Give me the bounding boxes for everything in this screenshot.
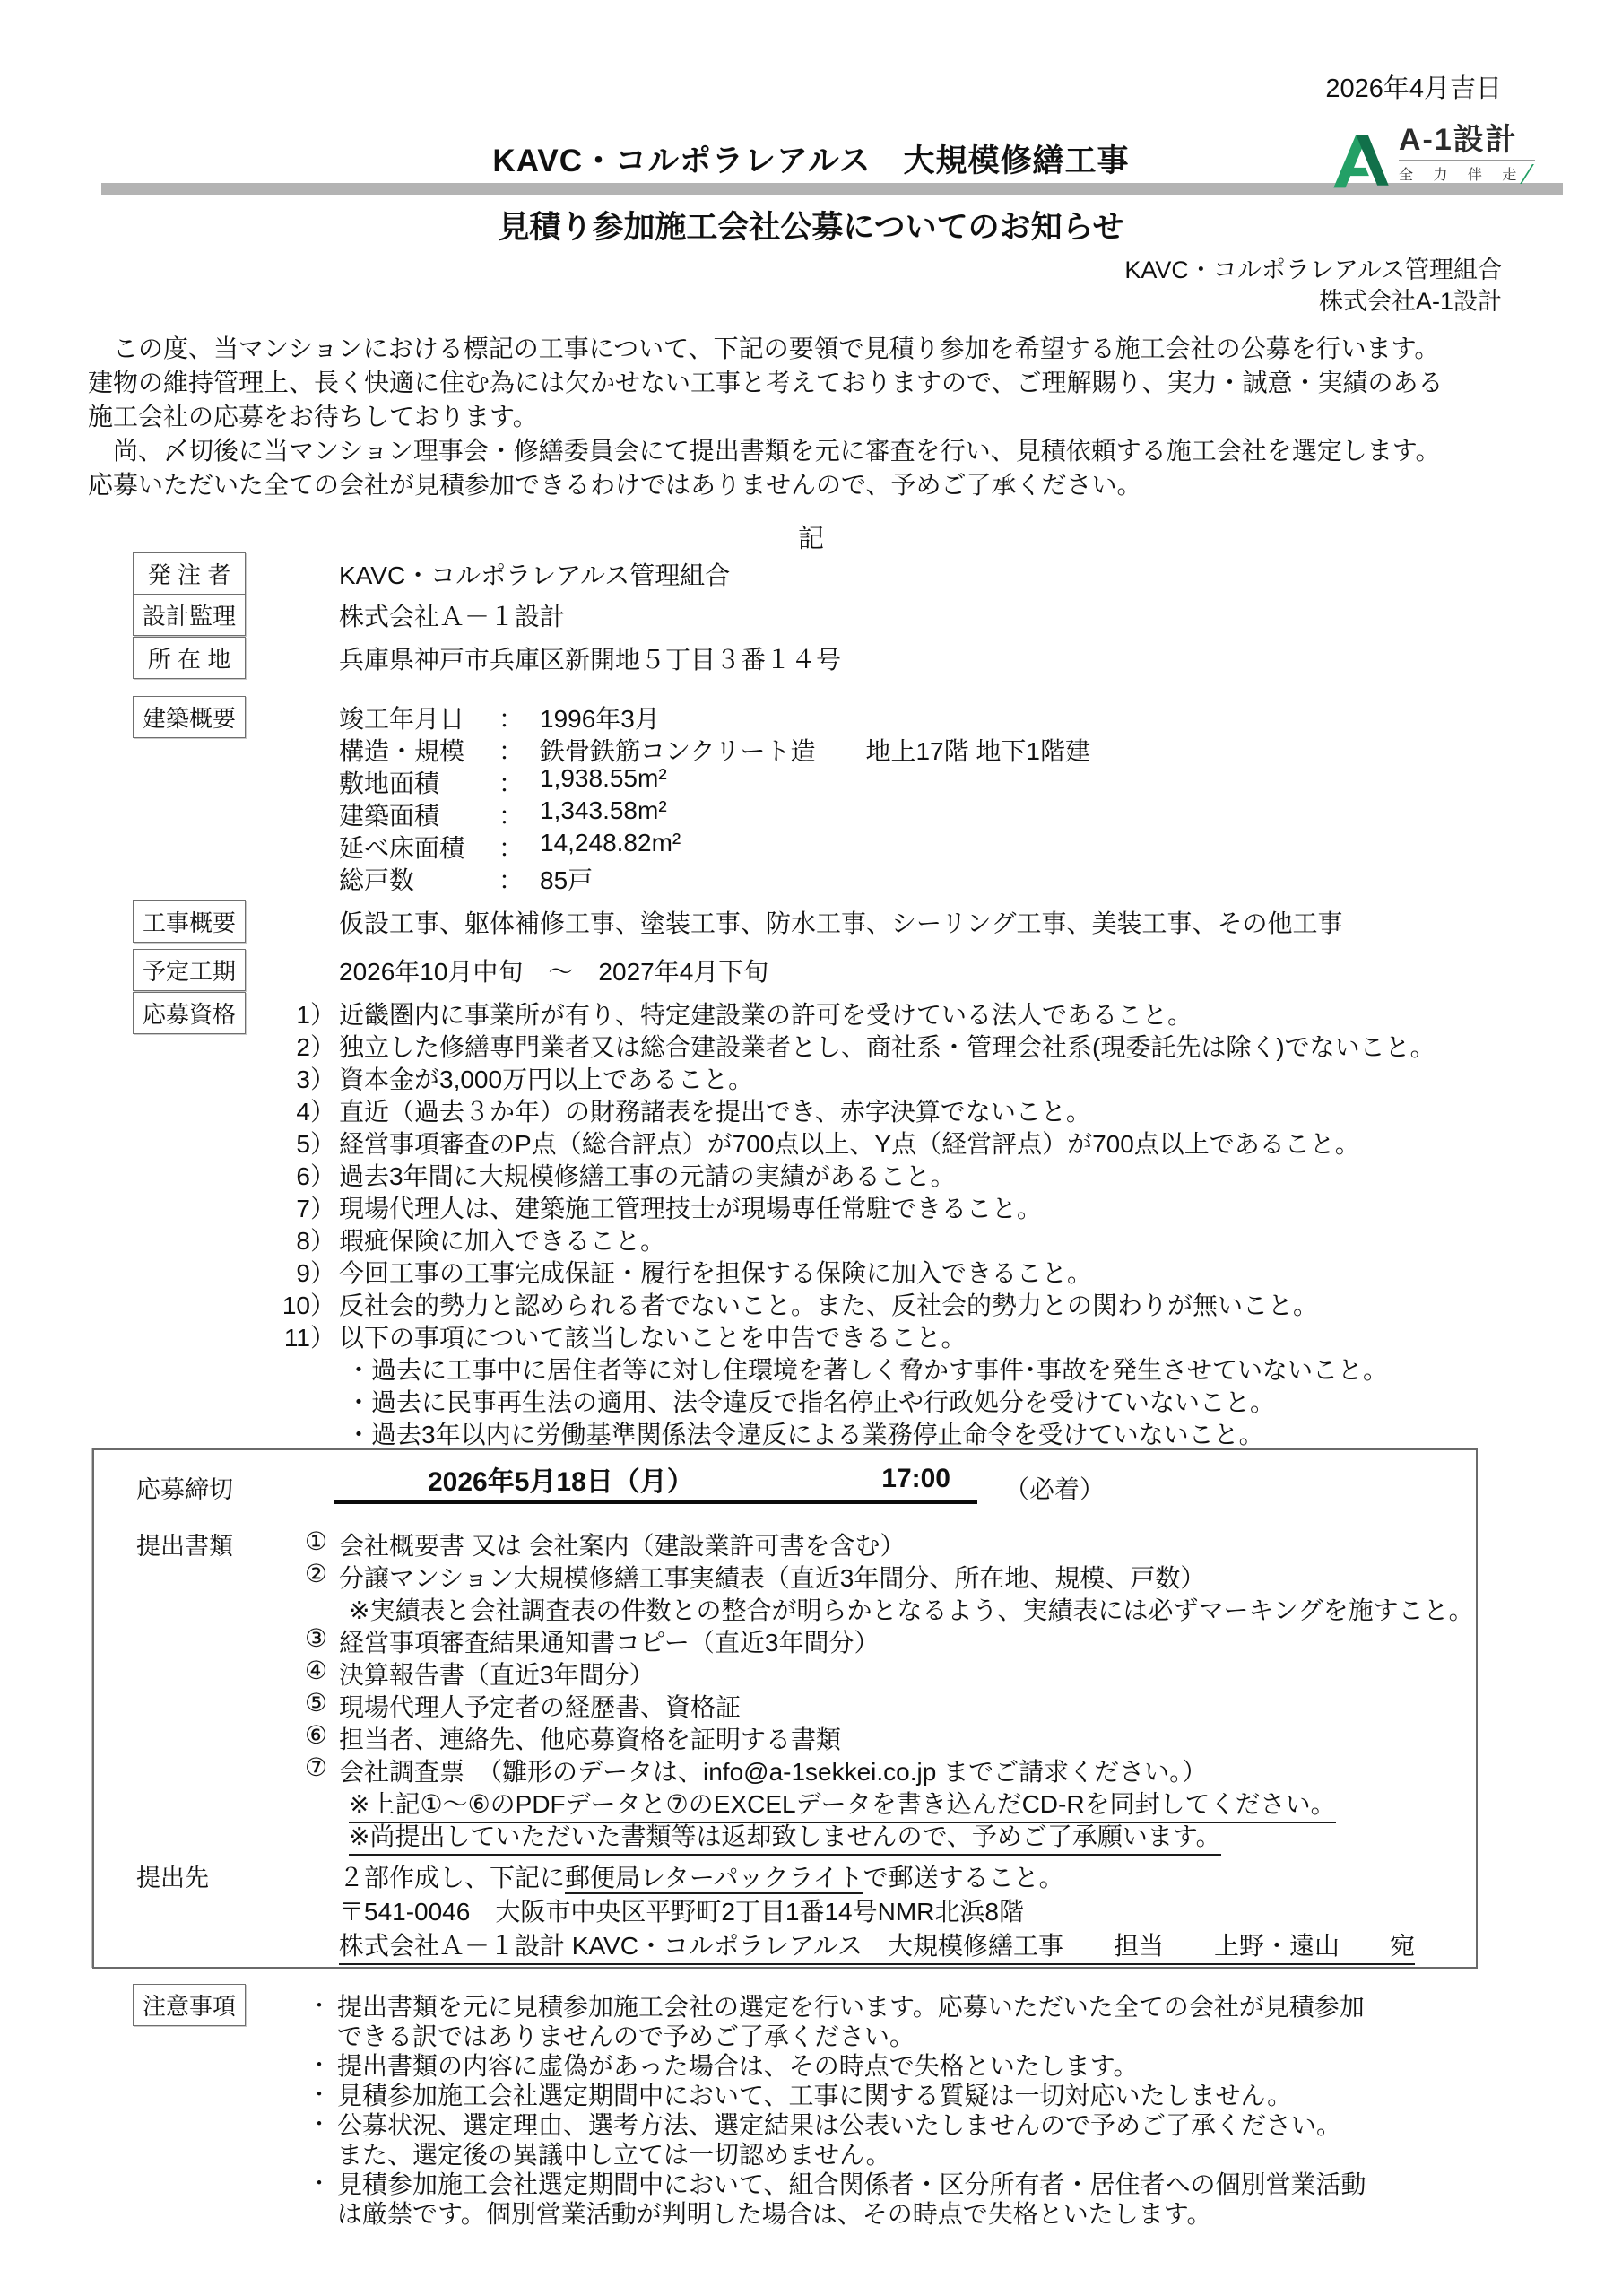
- qualification-sub-item-1: ・過去に工事中に居住者等に対し住環境を著しく脅かす事件･事故を発生させていないこ…: [346, 1351, 1388, 1387]
- label-design-supervisor: 設計監理: [133, 594, 246, 636]
- document-item-2: ②分譲マンション大規模修繕工事実績表（直近3年間分、所在地、規模、戸数）: [305, 1559, 1205, 1595]
- qualification-text: 経営事項審査のP点（総合評点）が700点以上、Y点（経営評点）が700点以上であ…: [339, 1125, 1360, 1161]
- intro-paragraph: この度、当マンションにおける標記の工事について、下記の要領で見積り参加を希望する…: [88, 332, 1443, 502]
- document-item-1: ①会社概要書 又は 会社案内（建設業許可書を含む）: [305, 1526, 906, 1562]
- building-row-value: 85戸: [540, 861, 593, 897]
- building-row-name: 構造・規模: [339, 732, 499, 768]
- bullet-dot-icon: ・: [308, 2106, 330, 2137]
- label-building-overview: 建築概要: [133, 696, 246, 738]
- document-date: 2026年4月吉日: [1325, 68, 1502, 105]
- building-row-name: 竣工年月日: [339, 700, 499, 735]
- qualification-text: 瑕疵保険に加入できること。: [339, 1222, 665, 1257]
- application-box: 応募締切 2026年5月18日（月） 17:00 （必着） 提出書類 ①会社概要…: [92, 1448, 1478, 1969]
- logo-divider-line: [1399, 160, 1535, 161]
- note-bullet-5-line-2: は厳禁です。個別営業活動が判明した場合は、その時点で失格といたします。: [337, 2195, 1212, 2231]
- intro-line-4: 尚、〆切後に当マンション理事会・修繕委員会にて提出書類を元に審査を行い、見積依頼…: [88, 434, 1443, 468]
- label-location: 所 在 地: [133, 637, 246, 679]
- qualification-item-2: 2）独立した修繕専門業者又は総合建設業者とし、商社系・管理会社系(現委託先は除く…: [265, 1028, 1436, 1064]
- building-row-value: 1,343.58m²: [540, 796, 667, 825]
- qualification-text: 資本金が3,000万円以上であること。: [339, 1060, 753, 1096]
- building-row-colon: ：: [499, 732, 540, 768]
- submission-line1-post: で郵送すること。: [863, 1864, 1064, 1892]
- qualification-item-6: 6）過去3年間に大規模修繕工事の元請の実績があること。: [265, 1157, 956, 1193]
- label-documents: 提出書類: [136, 1526, 233, 1561]
- submission-line1-pre: ２部作成し、下記に: [339, 1864, 565, 1892]
- logo-tagline: 全 力 伴 走: [1399, 163, 1524, 184]
- value-construction-overview: 仮設工事、躯体補修工事、塗装工事、防水工事、シーリング工事、美装工事、その他工事: [339, 904, 1342, 940]
- qualification-text: 独立した修繕専門業者又は総合建設業者とし、商社系・管理会社系(現委託先は除く)で…: [339, 1028, 1436, 1064]
- deadline-time: 17:00: [881, 1464, 950, 1494]
- document-item-number: ⑦: [305, 1752, 339, 1788]
- qualification-item-11: 11）以下の事項について該当しないことを申告できること。: [265, 1318, 966, 1354]
- qualification-text: 現場代理人は、建築施工管理技士が現場専任常駐できること。: [339, 1189, 1042, 1225]
- logo-company-name: A-1設計: [1399, 122, 1540, 158]
- document-item-number: ③: [305, 1623, 339, 1659]
- document-item-number: ⑤: [305, 1688, 339, 1724]
- qualification-text: 近畿圏内に事業所が有り、特定建設業の許可を受けている法人であること。: [339, 996, 1193, 1031]
- qualification-item-10: 10）反社会的勢力と認められる者でないこと。また、反社会的勢力との関わりが無いこ…: [265, 1286, 1318, 1322]
- document-item-number: ④: [305, 1656, 339, 1692]
- submission-line-2: 〒541-0046 大阪市中央区平野町2丁目1番14号NMR北浜8階: [339, 1892, 1024, 1928]
- building-row-colon: ：: [499, 796, 540, 832]
- building-row-1: 竣工年月日：1996年3月: [339, 700, 1090, 732]
- value-planned-period: 2026年10月中旬 ～ 2027年4月下旬: [339, 952, 768, 988]
- qualification-sub-item-2: ・過去に民事再生法の適用、法令違反で指名停止や行政処分を受けていないこと。: [346, 1383, 1275, 1419]
- qualification-number: 2）: [265, 1028, 335, 1064]
- document-item-7: ⑦会社調査票 （雛形のデータは、info@a-1sekkei.co.jp までご…: [305, 1752, 1207, 1788]
- intro-line-1: この度、当マンションにおける標記の工事について、下記の要領で見積り参加を希望する…: [88, 332, 1443, 366]
- document-item-4: ④決算報告書（直近3年間分）: [305, 1656, 655, 1692]
- issuer-company: 株式会社A-1設計: [1124, 286, 1502, 317]
- qualification-number: 6）: [265, 1157, 335, 1193]
- value-orderer: KAVC・コルポラレアルス管理組合: [339, 556, 730, 592]
- building-row-value: 1996年3月: [540, 700, 660, 735]
- submission-line-1: ２部作成し、下記に郵便局レターパックライトで郵送すること。: [339, 1858, 1064, 1894]
- building-row-name: 敷地面積: [339, 764, 499, 800]
- qualification-item-3: 3）資本金が3,000万円以上であること。: [265, 1060, 753, 1096]
- document-item-number: ②: [305, 1559, 339, 1595]
- qualification-number: 3）: [265, 1060, 335, 1096]
- document-item-text: 現場代理人予定者の経歴書、資格証: [339, 1688, 741, 1724]
- building-row-colon: ：: [499, 700, 540, 735]
- qualification-text: 以下の事項について該当しないことを申告できること。: [339, 1318, 966, 1354]
- building-row-value: 1,938.55m²: [540, 764, 667, 793]
- logo-text-block: A-1設計 全 力 伴 走: [1399, 122, 1540, 201]
- qualification-number: 11）: [265, 1318, 335, 1354]
- document-item-number: ⑥: [305, 1720, 339, 1756]
- qualification-number: 10）: [265, 1286, 335, 1322]
- building-row-value: 鉄骨鉄筋コンクリート造 地上17階 地下1階建: [540, 732, 1090, 768]
- document-subtitle: 見積り参加施工会社公募についてのお知らせ: [0, 203, 1622, 248]
- deadline-date: 2026年5月18日（月）: [428, 1459, 694, 1499]
- deadline-underline: 2026年5月18日（月） 17:00: [334, 1457, 977, 1504]
- qualification-item-4: 4）直近（過去３か年）の財務諸表を提出でき、赤字決算でないこと。: [265, 1092, 1091, 1128]
- qualification-number: 8）: [265, 1222, 335, 1257]
- building-row-4: 建築面積：1,343.58m²: [339, 796, 1090, 829]
- document-item-6: ⑥担当者、連絡先、他応募資格を証明する書類: [305, 1720, 841, 1756]
- qualification-number: 5）: [265, 1125, 335, 1161]
- qualification-item-7: 7）現場代理人は、建築施工管理技士が現場専任常駐できること。: [265, 1189, 1042, 1225]
- bullet-dot-icon: ・: [308, 2165, 330, 2196]
- a1-sekkei-logo: A-1設計 全 力 伴 走: [1332, 122, 1583, 201]
- label-orderer: 発 注 者: [133, 552, 246, 595]
- building-row-5: 延べ床面積：14,248.82m²: [339, 829, 1090, 861]
- qualification-text: 反社会的勢力と認められる者でないこと。また、反社会的勢力との関わりが無いこと。: [339, 1286, 1318, 1322]
- document-item-text: 担当者、連絡先、他応募資格を証明する書類: [339, 1720, 841, 1756]
- building-row-6: 総戸数：85戸: [339, 861, 1090, 893]
- label-planned-period: 予定工期: [133, 949, 246, 991]
- building-row-name: 総戸数: [339, 861, 499, 897]
- building-row-value: 14,248.82m²: [540, 829, 681, 857]
- issuer-association: KAVC・コルポラレアルス管理組合: [1124, 255, 1502, 286]
- bullet-dot-icon: ・: [308, 1987, 330, 2019]
- building-row-name: 建築面積: [339, 796, 499, 832]
- value-design-supervisor: 株式会社Ａ－１設計: [339, 597, 565, 633]
- record-mark: 記: [0, 518, 1622, 555]
- issuer-block: KAVC・コルポラレアルス管理組合 株式会社A-1設計: [1124, 255, 1502, 317]
- document-item-text: 決算報告書（直近3年間分）: [339, 1656, 655, 1692]
- label-submission: 提出先: [136, 1858, 209, 1893]
- building-row-colon: ：: [499, 861, 540, 897]
- building-row-2: 構造・規模：鉄骨鉄筋コンクリート造 地上17階 地下1階建: [339, 732, 1090, 764]
- qualification-item-1: 1）近畿圏内に事業所が有り、特定建設業の許可を受けている法人であること。: [265, 996, 1193, 1031]
- documents-underlined-note-2: ※尚提出していただいた書類等は返却致しませんので、予めご了承願います。: [349, 1817, 1221, 1856]
- qualification-number: 4）: [265, 1092, 335, 1128]
- qualification-number: 1）: [265, 996, 335, 1031]
- qualification-sub-item-3: ・過去3年以内に労働基準関係法令違反による業務停止命令を受けていないこと。: [346, 1415, 1264, 1451]
- building-row-colon: ：: [499, 764, 540, 800]
- intro-line-2: 建物の維持管理上、長く快適に住む為には欠かせない工事と考えておりますので、ご理解…: [88, 366, 1443, 400]
- building-overview-rows: 竣工年月日：1996年3月構造・規模：鉄骨鉄筋コンクリート造 地上17階 地下1…: [339, 700, 1090, 893]
- label-notes: 注意事項: [133, 1984, 246, 2026]
- document-item-3: ③経営事項審査結果通知書コピー（直近3年間分）: [305, 1623, 879, 1659]
- submission-line-3: 株式会社Ａ－１設計 KAVC・コルポラレアルス 大規模修繕工事 担当 上野・遠山…: [339, 1926, 1415, 1965]
- document-item-text: 会社概要書 又は 会社案内（建設業許可書を含む）: [339, 1526, 906, 1562]
- qualification-text: 直近（過去３か年）の財務諸表を提出でき、赤字決算でないこと。: [339, 1092, 1091, 1128]
- label-qualifications: 応募資格: [133, 992, 246, 1034]
- value-location: 兵庫県神戸市兵庫区新開地５丁目３番１４号: [339, 640, 841, 676]
- submission-line1-underlined: 郵便局レターパックライト: [565, 1864, 863, 1894]
- qualification-item-8: 8）瑕疵保険に加入できること。: [265, 1222, 665, 1257]
- label-construction-overview: 工事概要: [133, 900, 246, 943]
- bullet-dot-icon: ・: [308, 2047, 330, 2078]
- document-item-note: ※実績表と会社調査表の件数との整合が明らかとなるよう、実績表には必ずマーキングを…: [349, 1591, 1474, 1627]
- notice-document: 2026年4月吉日 KAVC・コルポラレアルス 大規模修繕工事 A-1設計 全 …: [0, 0, 1622, 2296]
- qualification-text: 今回工事の工事完成保証・履行を担保する保険に加入できること。: [339, 1254, 1092, 1290]
- building-row-colon: ：: [499, 829, 540, 865]
- bullet-dot-icon: ・: [308, 2076, 330, 2108]
- building-row-name: 延べ床面積: [339, 829, 499, 865]
- a1-logo-mark-icon: [1332, 126, 1392, 196]
- document-item-text: 分譲マンション大規模修繕工事実績表（直近3年間分、所在地、規模、戸数）: [339, 1559, 1205, 1595]
- qualification-text: 過去3年間に大規模修繕工事の元請の実績があること。: [339, 1157, 956, 1193]
- document-item-text: 会社調査票 （雛形のデータは、info@a-1sekkei.co.jp までご請…: [339, 1752, 1207, 1788]
- qualification-item-9: 9）今回工事の工事完成保証・履行を担保する保険に加入できること。: [265, 1254, 1092, 1290]
- document-item-text: 経営事項審査結果通知書コピー（直近3年間分）: [339, 1623, 879, 1659]
- intro-line-3: 施工会社の応募をお待ちしております。: [88, 400, 1443, 434]
- document-item-number: ①: [305, 1526, 339, 1562]
- document-item-5: ⑤現場代理人予定者の経歴書、資格証: [305, 1688, 741, 1724]
- qualification-number: 7）: [265, 1189, 335, 1225]
- building-row-3: 敷地面積：1,938.55m²: [339, 764, 1090, 796]
- qualification-item-5: 5）経営事項審査のP点（総合評点）が700点以上、Y点（経営評点）が700点以上…: [265, 1125, 1360, 1161]
- intro-line-5: 応募いただいた全ての会社が見積参加できるわけではありませんので、予めご了承くださ…: [88, 468, 1443, 502]
- qualification-number: 9）: [265, 1254, 335, 1290]
- deadline-note: （必着）: [1004, 1470, 1105, 1506]
- label-deadline: 応募締切: [136, 1470, 233, 1505]
